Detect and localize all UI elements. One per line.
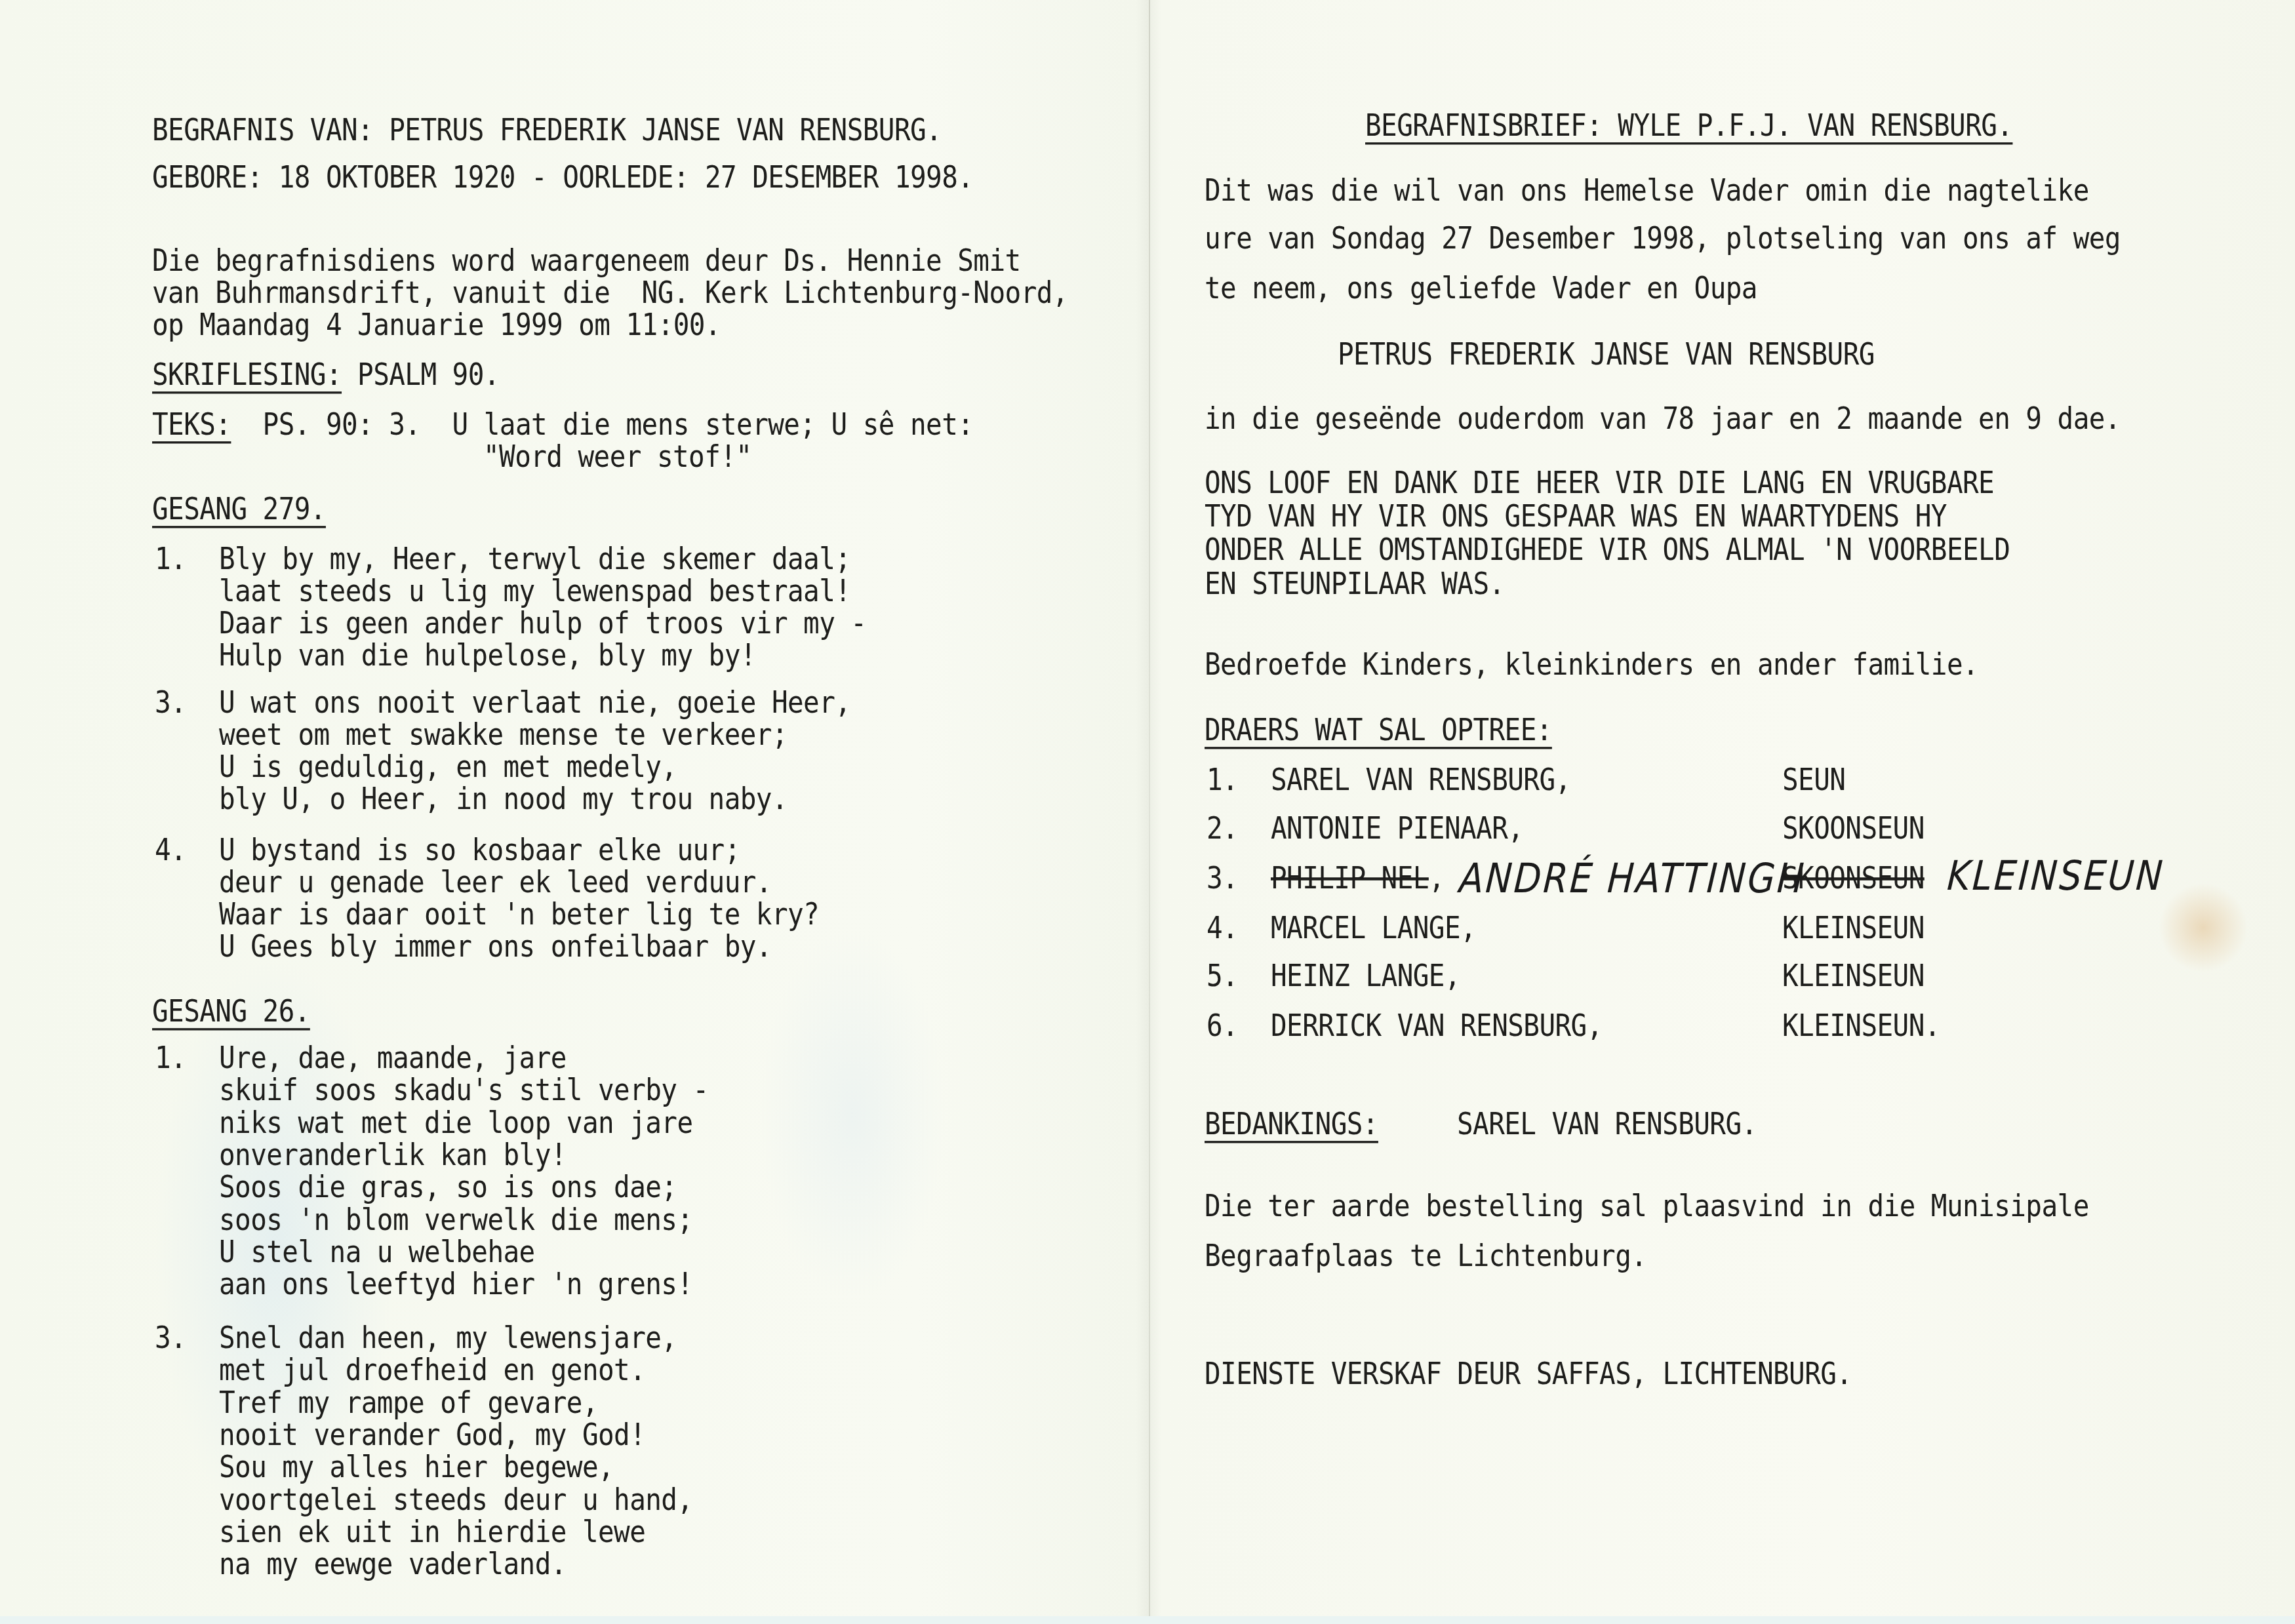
verse-line: niks wat met die loop van jare bbox=[219, 1108, 693, 1138]
handwritten-relation: KLEINSEUN bbox=[1946, 852, 2166, 899]
verse-line: U bystand is so kosbaar elke uur; bbox=[219, 835, 740, 865]
text-verse-quote: "Word weer stof!" bbox=[483, 442, 751, 472]
pallbearer-number: 4. bbox=[1207, 913, 1238, 943]
service-line: op Maandag 4 Januarie 1999 om 11:00. bbox=[152, 310, 721, 340]
age-line: in die geseënde ouderdom van 78 jaar en … bbox=[1205, 404, 2121, 434]
verse-line: Ure, dae, maande, jare bbox=[219, 1043, 567, 1073]
services-line: DIENSTE VERSKAF DEUR SAFFAS, LICHTENBURG… bbox=[1205, 1359, 1852, 1389]
pallbearer-name: ANTONIE PIENAAR, bbox=[1271, 814, 1523, 844]
scan-bottom-edge bbox=[0, 1616, 2295, 1624]
tribute-line: ONDER ALLE OMSTANDIGHEDE VIR ONS ALMAL '… bbox=[1205, 535, 2010, 565]
verse-line: met jul droefheid en genot. bbox=[219, 1355, 645, 1385]
thanks-line: BEDANKINGS: bbox=[1205, 1109, 1378, 1139]
verse-line: Sou my alles hier begewe, bbox=[219, 1452, 614, 1482]
pallbearer-name: PHILIP NEL, bbox=[1271, 863, 1445, 894]
verse-number: 4. bbox=[155, 835, 186, 865]
deceased-name: PETRUS FREDERIK JANSE VAN RENSBURG bbox=[1338, 340, 1875, 370]
handwritten-name: ANDRÉ HATTINGH bbox=[1458, 854, 1807, 901]
pallbearer-relation: KLEINSEUN bbox=[1782, 913, 1925, 943]
verse-line: Daar is geen ander hulp of troos vir my … bbox=[219, 608, 866, 639]
verse-line: onveranderlik kan bly! bbox=[219, 1140, 567, 1170]
pallbearer-number: 3. bbox=[1207, 863, 1238, 894]
thanks-label: BEDANKINGS: bbox=[1205, 1107, 1378, 1142]
hymn-title: GESANG 279. bbox=[152, 494, 326, 525]
verse-line: Waar is daar ooit 'n beter lig te kry? bbox=[219, 900, 819, 930]
scripture-reading-value: PSALM 90. bbox=[342, 357, 500, 393]
heading-dates: GEBORE: 18 OKTOBER 1920 - OORLEDE: 27 DE… bbox=[152, 163, 973, 193]
verse-line: bly U, o Heer, in nood my trou naby. bbox=[219, 784, 788, 814]
service-line: Die begrafnisdiens word waargeneem deur … bbox=[152, 246, 1021, 276]
verse-line: U wat ons nooit verlaat nie, goeie Heer, bbox=[219, 688, 850, 718]
pallbearer-name: SAREL VAN RENSBURG, bbox=[1271, 765, 1571, 795]
mourners-line: Bedroefde Kinders, kleinkinders en ander… bbox=[1205, 650, 1978, 680]
tribute-line: TYD VAN HY VIR ONS GESPAAR WAS EN WAARTY… bbox=[1205, 502, 1947, 532]
verse-line: nooit verander God, my God! bbox=[219, 1420, 645, 1450]
pallbearer-relation: SEUN bbox=[1782, 765, 1845, 795]
pallbearer-number: 2. bbox=[1207, 814, 1238, 844]
verse-line: na my eewge vaderland. bbox=[219, 1549, 567, 1579]
intro-line: ure van Sondag 27 Desember 1998, plotsel… bbox=[1205, 224, 2121, 254]
pallbearer-number: 6. bbox=[1207, 1011, 1238, 1041]
verse-line: Snel dan heen, my lewensjare, bbox=[219, 1323, 677, 1353]
verse-line: skuif soos skadu's stil verby - bbox=[219, 1075, 709, 1105]
tribute-line: EN STEUNPILAAR WAS. bbox=[1205, 569, 1505, 599]
intro-line: te neem, ons geliefde Vader en Oupa bbox=[1205, 273, 1757, 304]
burial-line: Begraafplaas te Lichtenburg. bbox=[1205, 1241, 1646, 1271]
intro-line: Dit was die wil van ons Hemelse Vader om… bbox=[1205, 176, 2089, 206]
pallbearer-number: 1. bbox=[1207, 765, 1238, 795]
text-verse: PS. 90: 3. U laat die mens sterwe; U sê … bbox=[231, 407, 973, 443]
pallbearer-relation: SKOONSEUN bbox=[1782, 814, 1925, 844]
scripture-reading: SKRIFLESING: PSALM 90. bbox=[152, 360, 500, 390]
verse-number: 3. bbox=[155, 688, 186, 718]
struck-name: PHILIP NEL bbox=[1271, 861, 1429, 896]
verse-line: Soos die gras, so is ons dae; bbox=[219, 1172, 677, 1202]
thanks-value: SAREL VAN RENSBURG. bbox=[1457, 1109, 1757, 1139]
verse-line: weet om met swakke mense te verkeer; bbox=[219, 720, 788, 750]
pallbearer-name: DERRICK VAN RENSBURG, bbox=[1271, 1011, 1603, 1041]
pallbearer-relation: KLEINSEUN bbox=[1782, 961, 1925, 991]
verse-line: Hulp van die hulpelose, bly my by! bbox=[219, 641, 756, 671]
letter-title: BEGRAFNISBRIEF: WYLE P.F.J. VAN RENSBURG… bbox=[1365, 111, 2012, 141]
text-reference: TEKS: PS. 90: 3. U laat die mens sterwe;… bbox=[152, 410, 973, 440]
text-label: TEKS: bbox=[152, 407, 231, 443]
verse-line: deur u genade leer ek leed verduur. bbox=[219, 867, 772, 898]
hymn-title: GESANG 26. bbox=[152, 997, 310, 1027]
verse-number: 1. bbox=[155, 544, 186, 574]
pallbearer-name: MARCEL LANGE, bbox=[1271, 913, 1476, 943]
tribute-line: ONS LOOF EN DANK DIE HEER VIR DIE LANG E… bbox=[1205, 468, 1994, 498]
pallbearers-label: DRAERS WAT SAL OPTREE: bbox=[1205, 715, 1552, 745]
pallbearer-name: HEINZ LANGE, bbox=[1271, 961, 1460, 991]
struck-relation: SKOONSEUN bbox=[1782, 863, 1925, 894]
verse-line: Tref my rampe of gevare, bbox=[219, 1388, 598, 1418]
name-comma: , bbox=[1429, 861, 1445, 896]
pallbearer-number: 5. bbox=[1207, 961, 1238, 991]
verse-line: soos 'n blom verwelk die mens; bbox=[219, 1205, 693, 1235]
verse-line: aan ons leeftyd hier 'n grens! bbox=[219, 1269, 693, 1299]
heading-deceased: BEGRAFNIS VAN: PETRUS FREDERIK JANSE VAN… bbox=[152, 115, 942, 146]
verse-line: U is geduldig, en met medely, bbox=[219, 752, 677, 782]
verse-line: U Gees bly immer ons onfeilbaar by. bbox=[219, 932, 772, 962]
verse-line: U stel na u welbehae bbox=[219, 1237, 535, 1267]
burial-line: Die ter aarde bestelling sal plaasvind i… bbox=[1205, 1191, 2089, 1221]
verse-line: sien ek uit in hierdie lewe bbox=[219, 1517, 645, 1547]
verse-number: 1. bbox=[155, 1043, 186, 1073]
verse-line: voortgelei steeds deur u hand, bbox=[219, 1485, 693, 1515]
verse-line: Bly by my, Heer, terwyl die skemer daal; bbox=[219, 544, 850, 574]
pallbearer-relation: KLEINSEUN. bbox=[1782, 1011, 1940, 1041]
verse-line: laat steeds u lig my lewenspad bestraal! bbox=[219, 576, 850, 606]
service-line: van Buhrmansdrift, vanuit die NG. Kerk L… bbox=[152, 278, 1068, 308]
verse-number: 3. bbox=[155, 1323, 186, 1353]
scripture-reading-label: SKRIFLESING: bbox=[152, 357, 342, 393]
center-fold bbox=[1149, 0, 1150, 1616]
